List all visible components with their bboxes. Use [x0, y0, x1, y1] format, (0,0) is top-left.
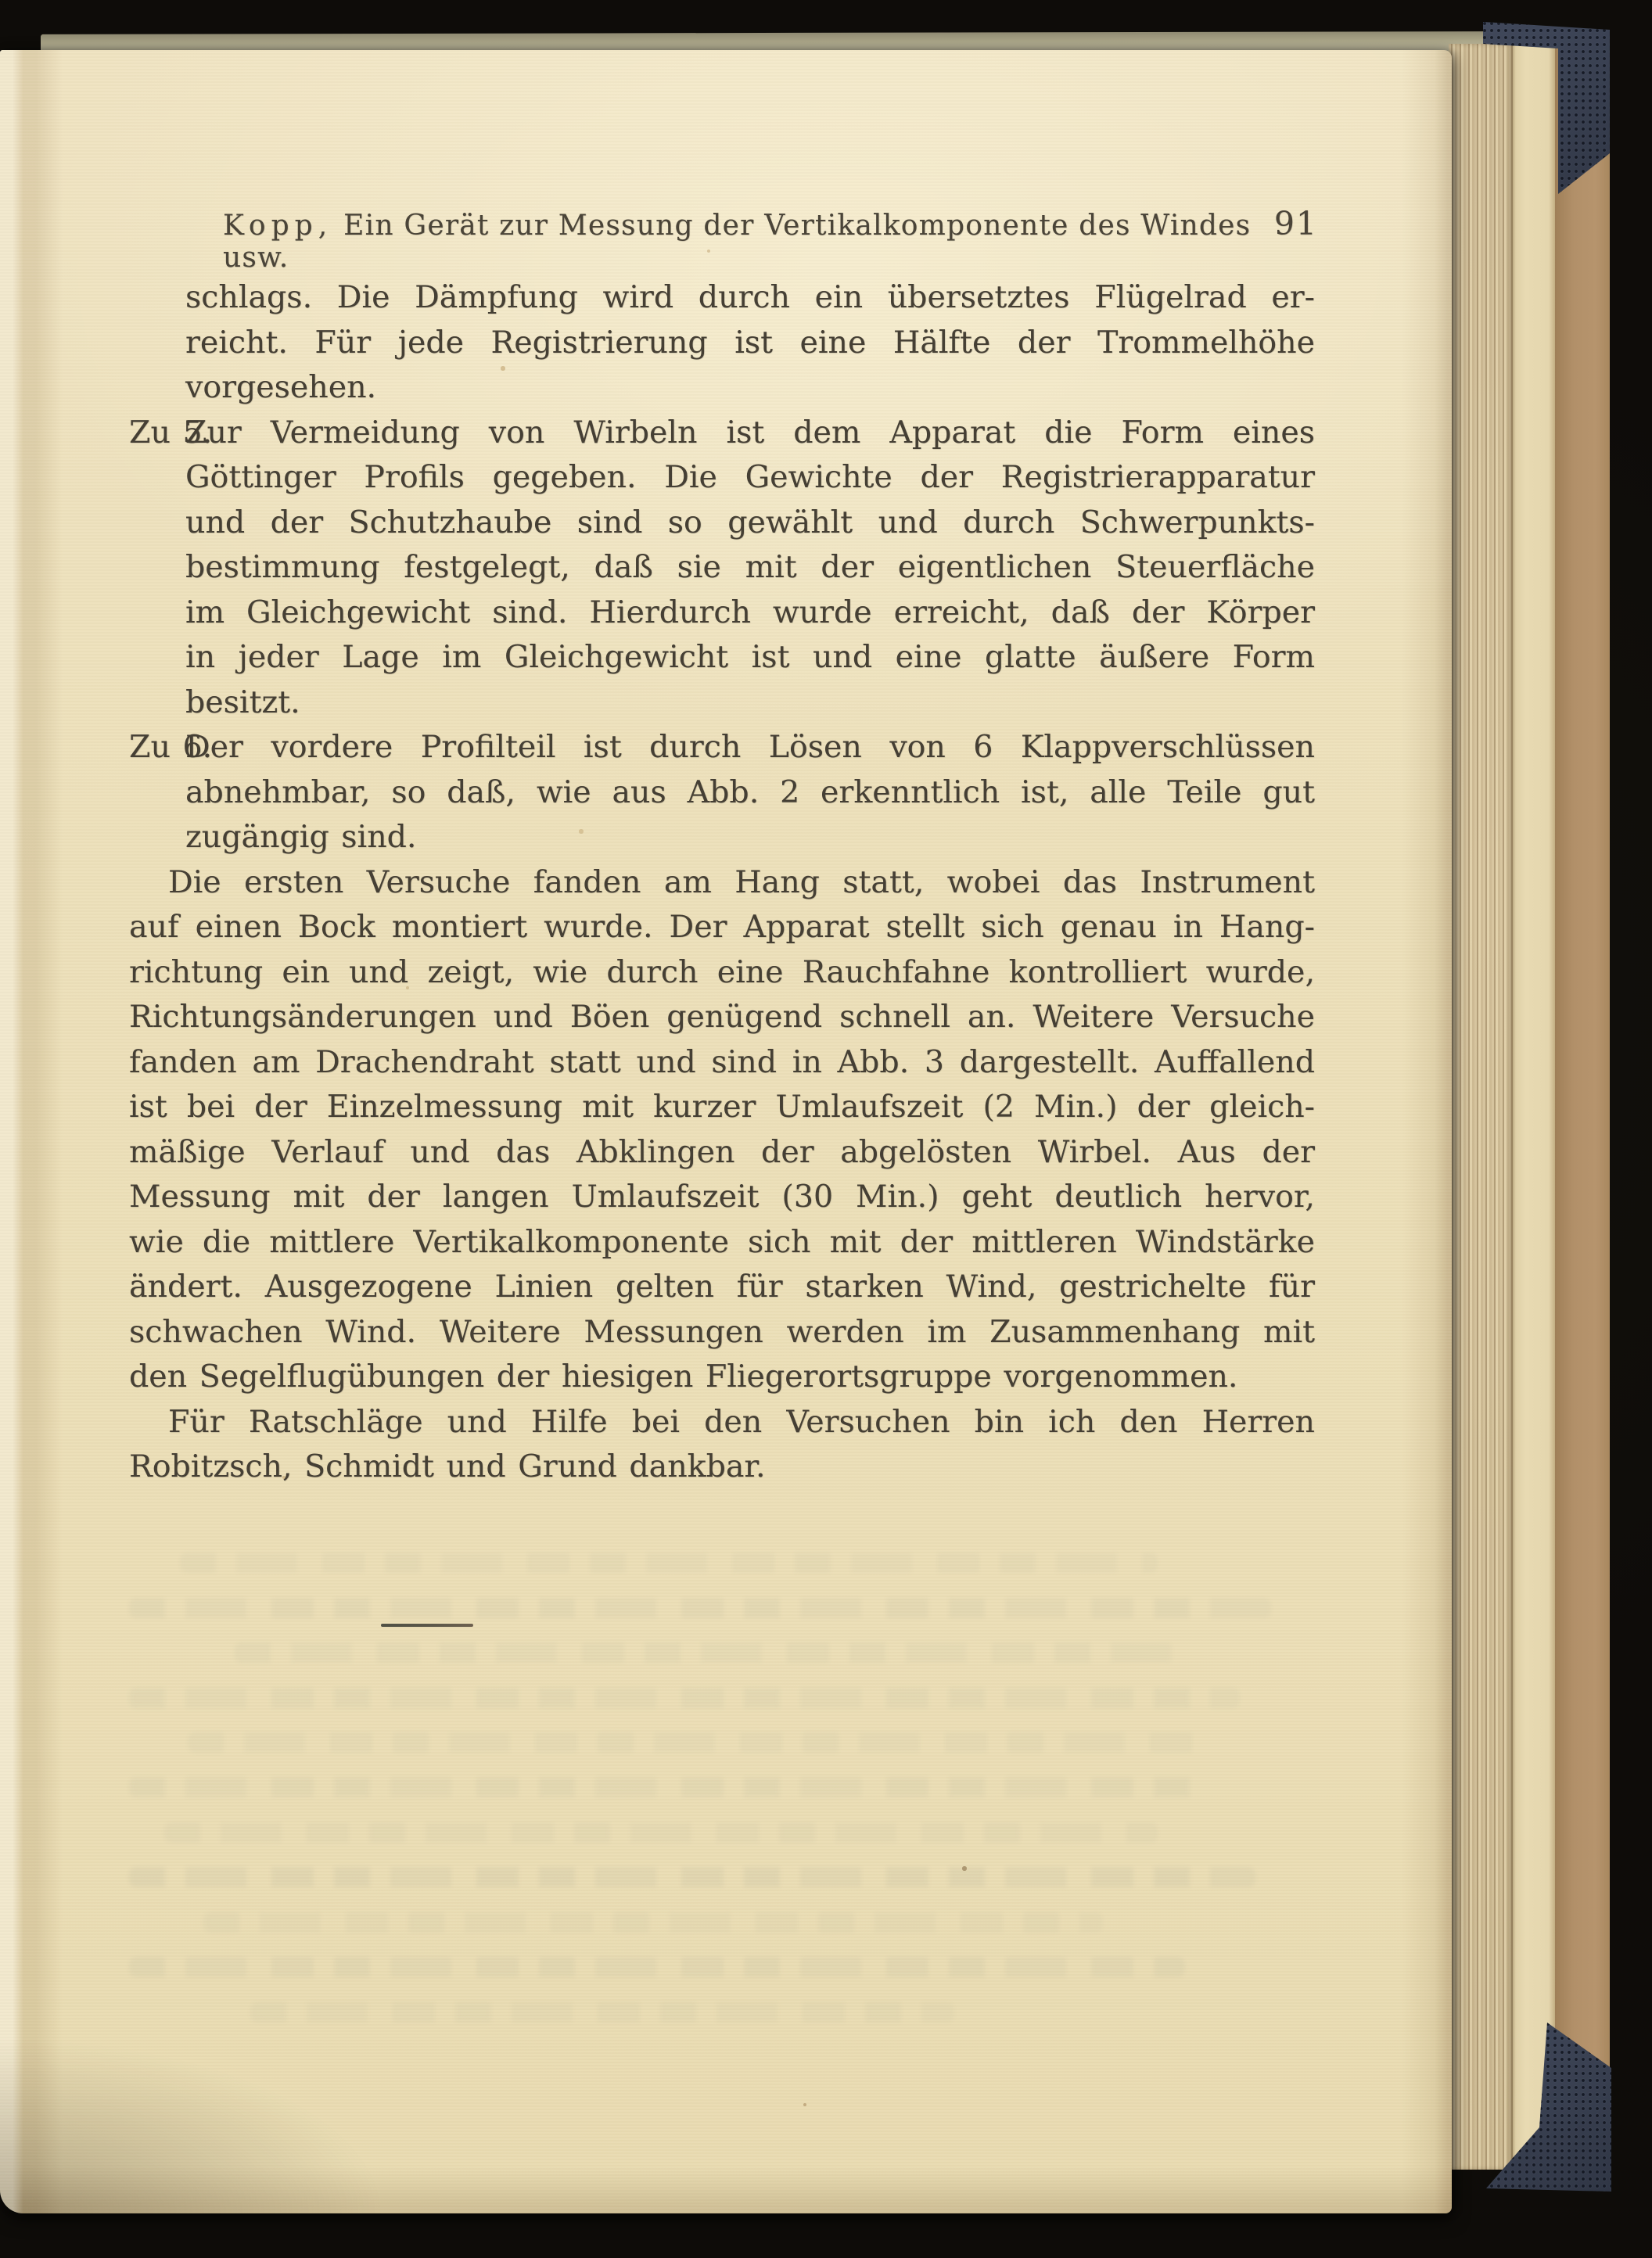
text-line: und der Schutzhaube sind so gewählt und …: [185, 501, 1315, 546]
text-line: im Gleichgewicht sind. Hierdurch wurde e…: [185, 591, 1315, 636]
text-line: Zur Vermeidung von Wirbeln ist dem Appar…: [185, 411, 1315, 456]
list-item-zu5: Zu 5. Zur Vermeidung von Wirbeln ist dem…: [129, 411, 1315, 726]
text-line: den Segelflugübungen der hiesigen Fliege…: [129, 1355, 1315, 1400]
bleed-through-line: [180, 1553, 1158, 1573]
text-line: Göttinger Profils gegeben. Die Gewichte …: [185, 455, 1315, 501]
text-line: ändert. Ausgezogene Linien gelten für st…: [129, 1265, 1315, 1310]
text-line: mäßige Verlauf und das Abklingen der abg…: [129, 1130, 1315, 1176]
bleed-through-line: [129, 1867, 1255, 1887]
paper-specks: [0, 0, 2, 2]
list-label: Zu 5.: [129, 411, 212, 456]
bleed-through-line: [129, 1777, 1208, 1797]
text-line: richtung ein und zeigt, wie durch eine R…: [129, 950, 1315, 996]
list-item-zu6: Zu 6. Der vordere Profilteil ist durch L…: [129, 725, 1315, 860]
next-page-edge: [1513, 39, 1555, 2170]
text-line: wie die mittlere Vertikalkomponente sich…: [129, 1220, 1315, 1265]
bleed-through-line: [250, 2002, 954, 2023]
bleed-through-line: [188, 1732, 1205, 1753]
text-line: in jeder Lage im Gleichgewicht ist und e…: [185, 635, 1315, 680]
paragraph-continuation: schlags. Die Dämpfung wird durch ein übe…: [129, 275, 1315, 411]
text-line: zugängig sind.: [185, 815, 1315, 860]
page-stack-fore-edge: [1449, 44, 1513, 2170]
page-number: 91: [1274, 205, 1318, 242]
text-line: Richtungsänderungen und Böen genügend sc…: [129, 995, 1315, 1040]
text-line: besitzt.: [185, 680, 1315, 726]
text-line: reicht. Für jede Registrierung ist eine …: [185, 321, 1315, 366]
text-line: Messung mit der langen Umlaufszeit (30 M…: [129, 1175, 1315, 1220]
text-line: Robitzsch, Schmidt und Grund dankbar.: [129, 1445, 1315, 1490]
list-label: Zu 6.: [129, 725, 212, 770]
paragraph-experiments: Die ersten Versuche fanden am Hang statt…: [129, 860, 1315, 1400]
running-title-text: Ein Gerät zur Messung der Vertikalkompon…: [223, 210, 1251, 274]
paragraph-acknowledgement: Für Ratschläge und Hilfe bei den Versuch…: [129, 1400, 1315, 1490]
running-head: Kopp,Ein Gerät zur Messung der Vertikalk…: [223, 205, 1318, 274]
bleed-through-line: [203, 1912, 1103, 1933]
section-divider-rule: [381, 1624, 473, 1627]
text-line: auf einen Bock montiert wurde. Der Appar…: [129, 905, 1315, 950]
cover-backing-strip: [1555, 36, 1610, 2160]
text-line: schwachen Wind. Weitere Messungen werden…: [129, 1310, 1315, 1355]
text-line: schlags. Die Dämpfung wird durch ein übe…: [185, 275, 1315, 321]
bleed-through-line: [129, 1598, 1271, 1618]
text-line: vorgesehen.: [185, 365, 1315, 411]
body-text: schlags. Die Dämpfung wird durch ein übe…: [129, 275, 1315, 1490]
text-line: fanden am Drachendraht statt und sind in…: [129, 1040, 1315, 1086]
running-title-author: Kopp,: [223, 210, 332, 242]
text-line: ist bei der Einzelmessung mit kurzer Uml…: [129, 1085, 1315, 1130]
book-scan-scene: Kopp,Ein Gerät zur Messung der Vertikalk…: [0, 0, 1652, 2258]
bleed-through-line: [164, 1822, 1158, 1843]
text-line: Die ersten Versuche fanden am Hang statt…: [129, 860, 1315, 906]
running-title: Kopp,Ein Gerät zur Messung der Vertikalk…: [223, 210, 1274, 274]
bleed-through-line: [129, 1957, 1185, 1977]
text-line: abnehmbar, so daß, wie aus Abb. 2 erkenn…: [185, 770, 1315, 816]
bleed-through-line: [129, 1688, 1240, 1708]
text-line: bestimmung festgelegt, daß sie mit der e…: [185, 545, 1315, 591]
text-line: Der vordere Profilteil ist durch Lösen v…: [185, 725, 1315, 770]
text-line: Für Ratschläge und Hilfe bei den Versuch…: [129, 1400, 1315, 1445]
bleed-through-line: [235, 1642, 1173, 1663]
